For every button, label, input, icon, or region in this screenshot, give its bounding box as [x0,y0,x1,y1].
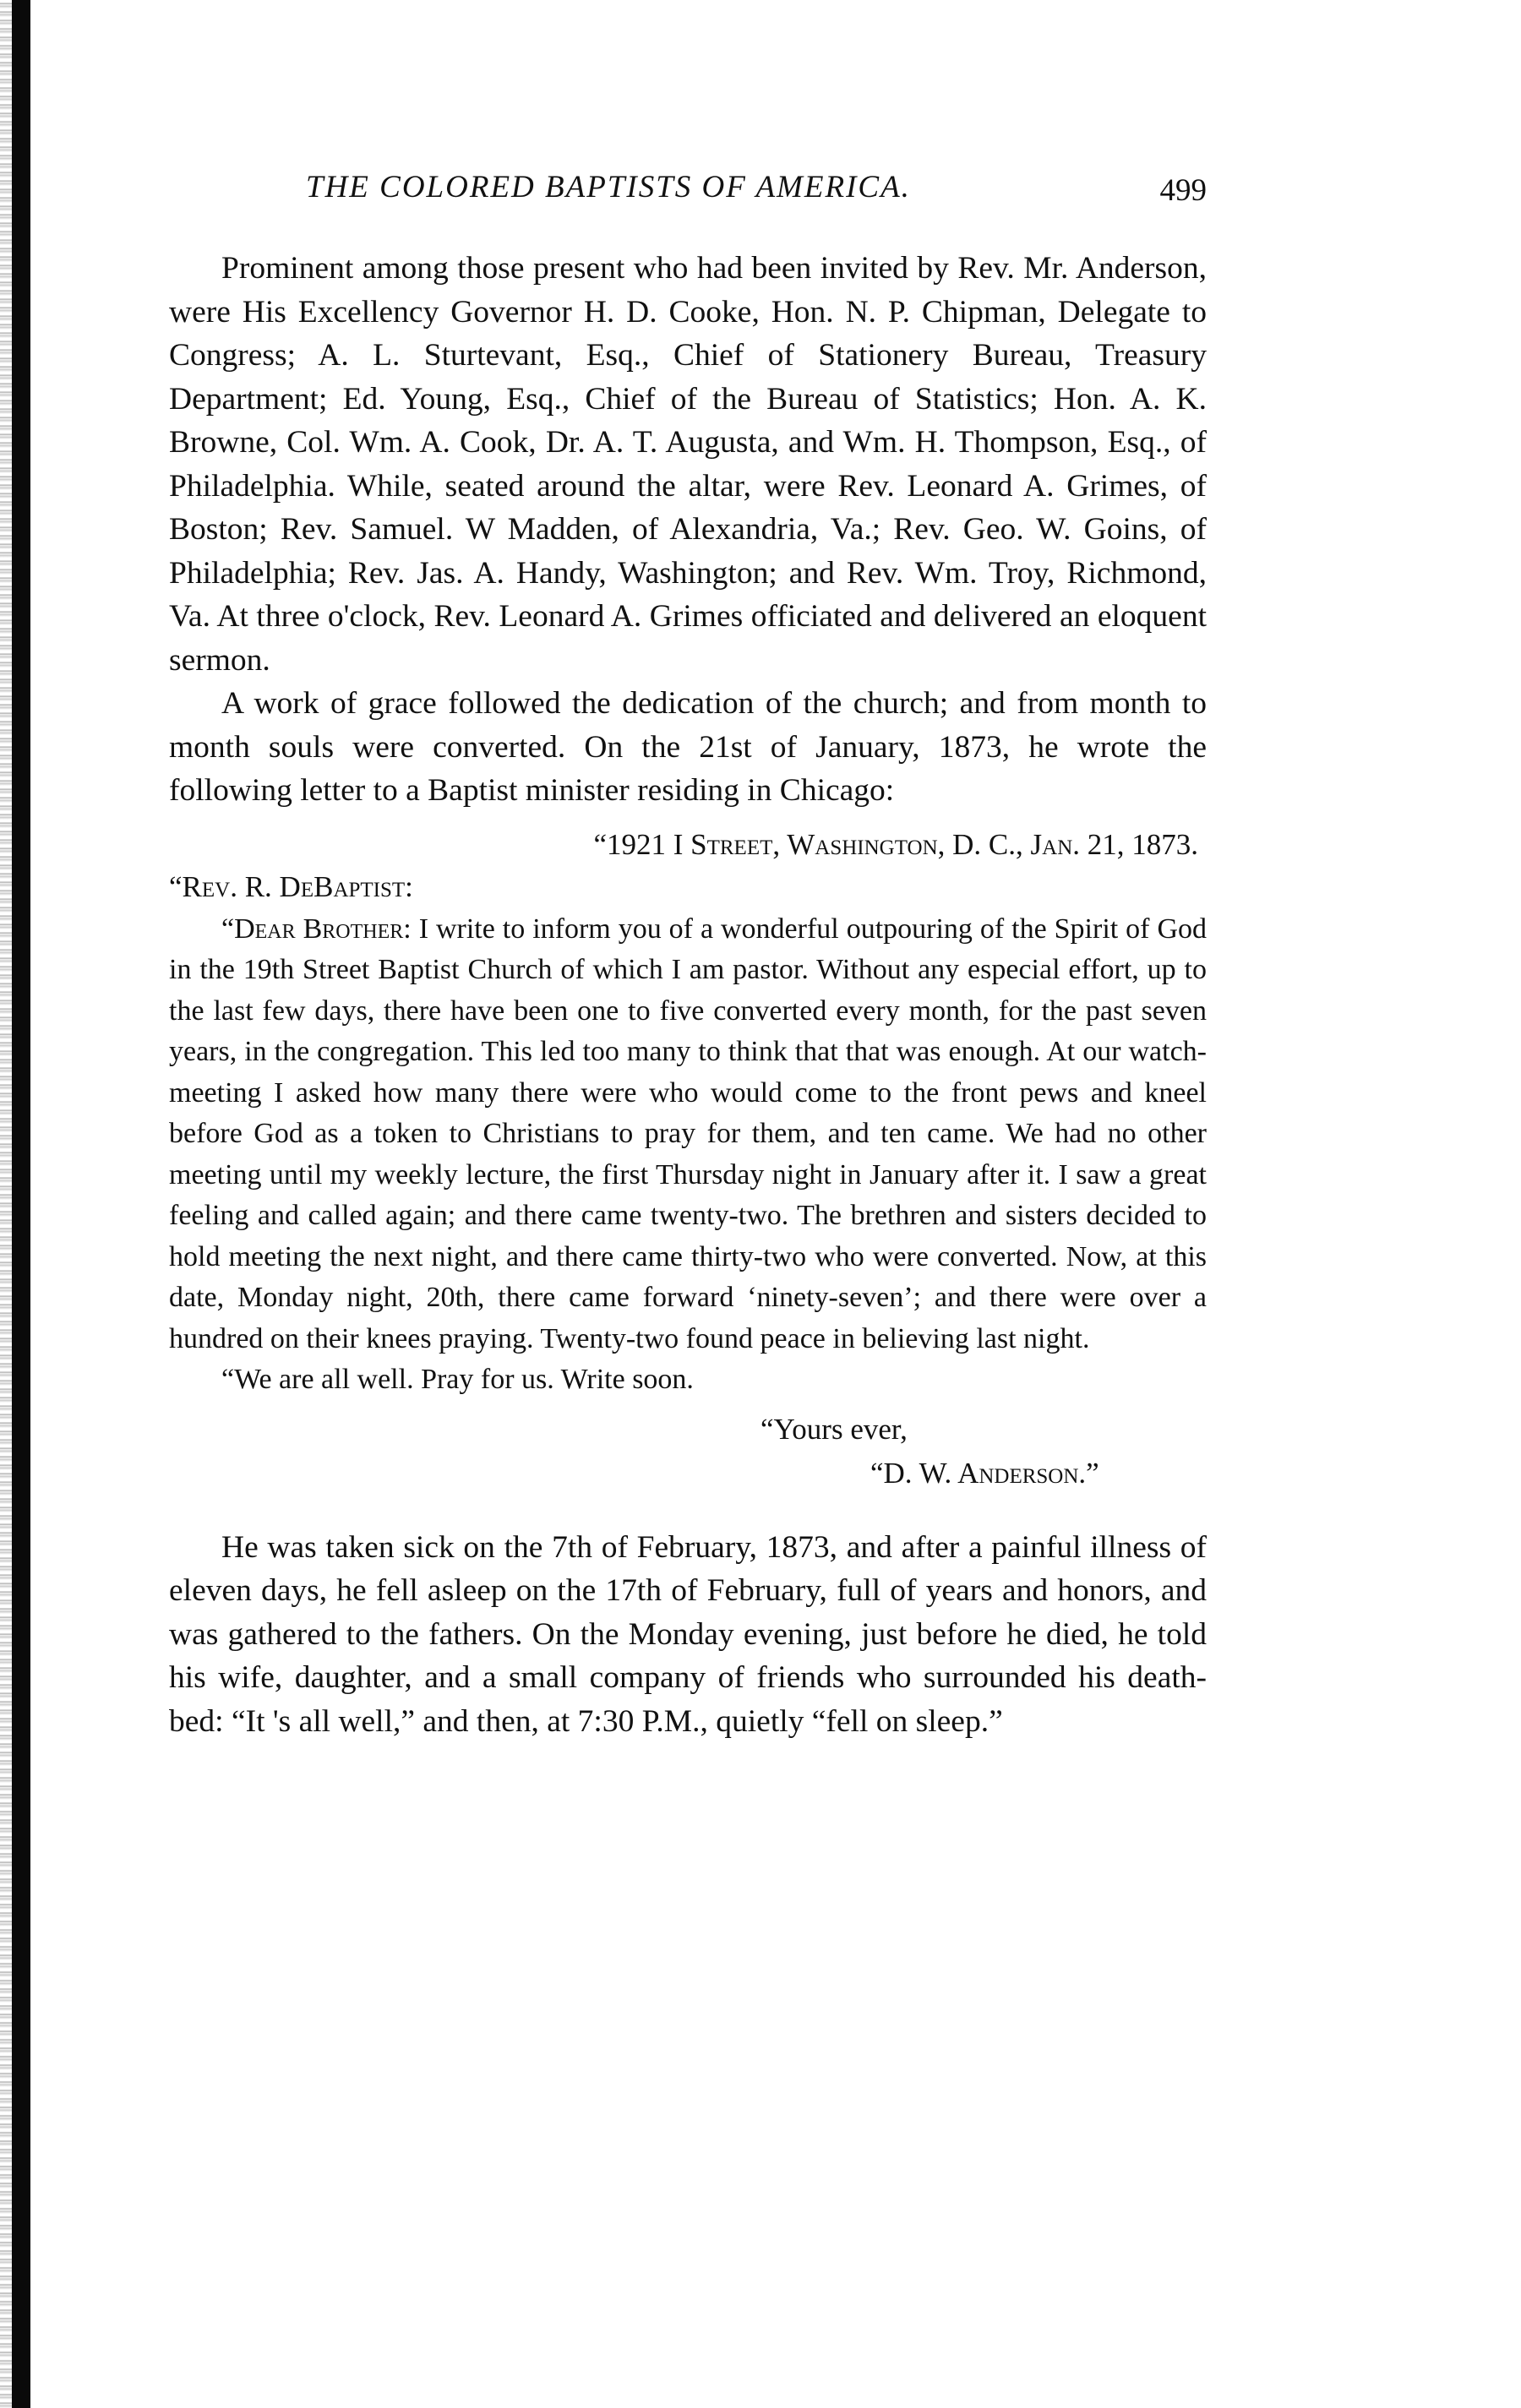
page-number: 499 [1160,172,1208,209]
book-binding-shadow [12,0,30,2408]
section-gap [169,1495,1207,1526]
paragraph-work-of-grace: A work of grace followed the dedication … [169,682,1207,813]
running-head: THE COLORED BAPTISTS OF AMERICA. 499 [306,169,1207,211]
letter-postscript: “We are all well. Pray for us. Write soo… [169,1359,1207,1401]
quoted-letter: “1921 I Street, Washington, D. C., Jan. … [169,825,1207,1495]
letter-body-text: : I write to inform you of a wonderful o… [169,913,1207,1354]
letter-salutation: “Rev. R. DeBaptist: [169,865,1207,909]
page-body: Prominent among those present who had be… [169,247,1207,1743]
letter-signature: “D. W. Anderson.” [169,1452,1207,1495]
letter-closing: “Yours ever, [169,1408,1207,1452]
paragraph-death: He was taken sick on the 7th of February… [169,1526,1207,1744]
paragraph-attendees: Prominent among those present who had be… [169,247,1207,682]
letter-greeting: “Dear Brother [221,913,403,945]
letter-dateline: “1921 I Street, Washington, D. C., Jan. … [169,825,1198,865]
running-title: THE COLORED BAPTISTS OF AMERICA. [306,169,911,205]
letter-body: “Dear Brother: I write to inform you of … [169,909,1207,1360]
